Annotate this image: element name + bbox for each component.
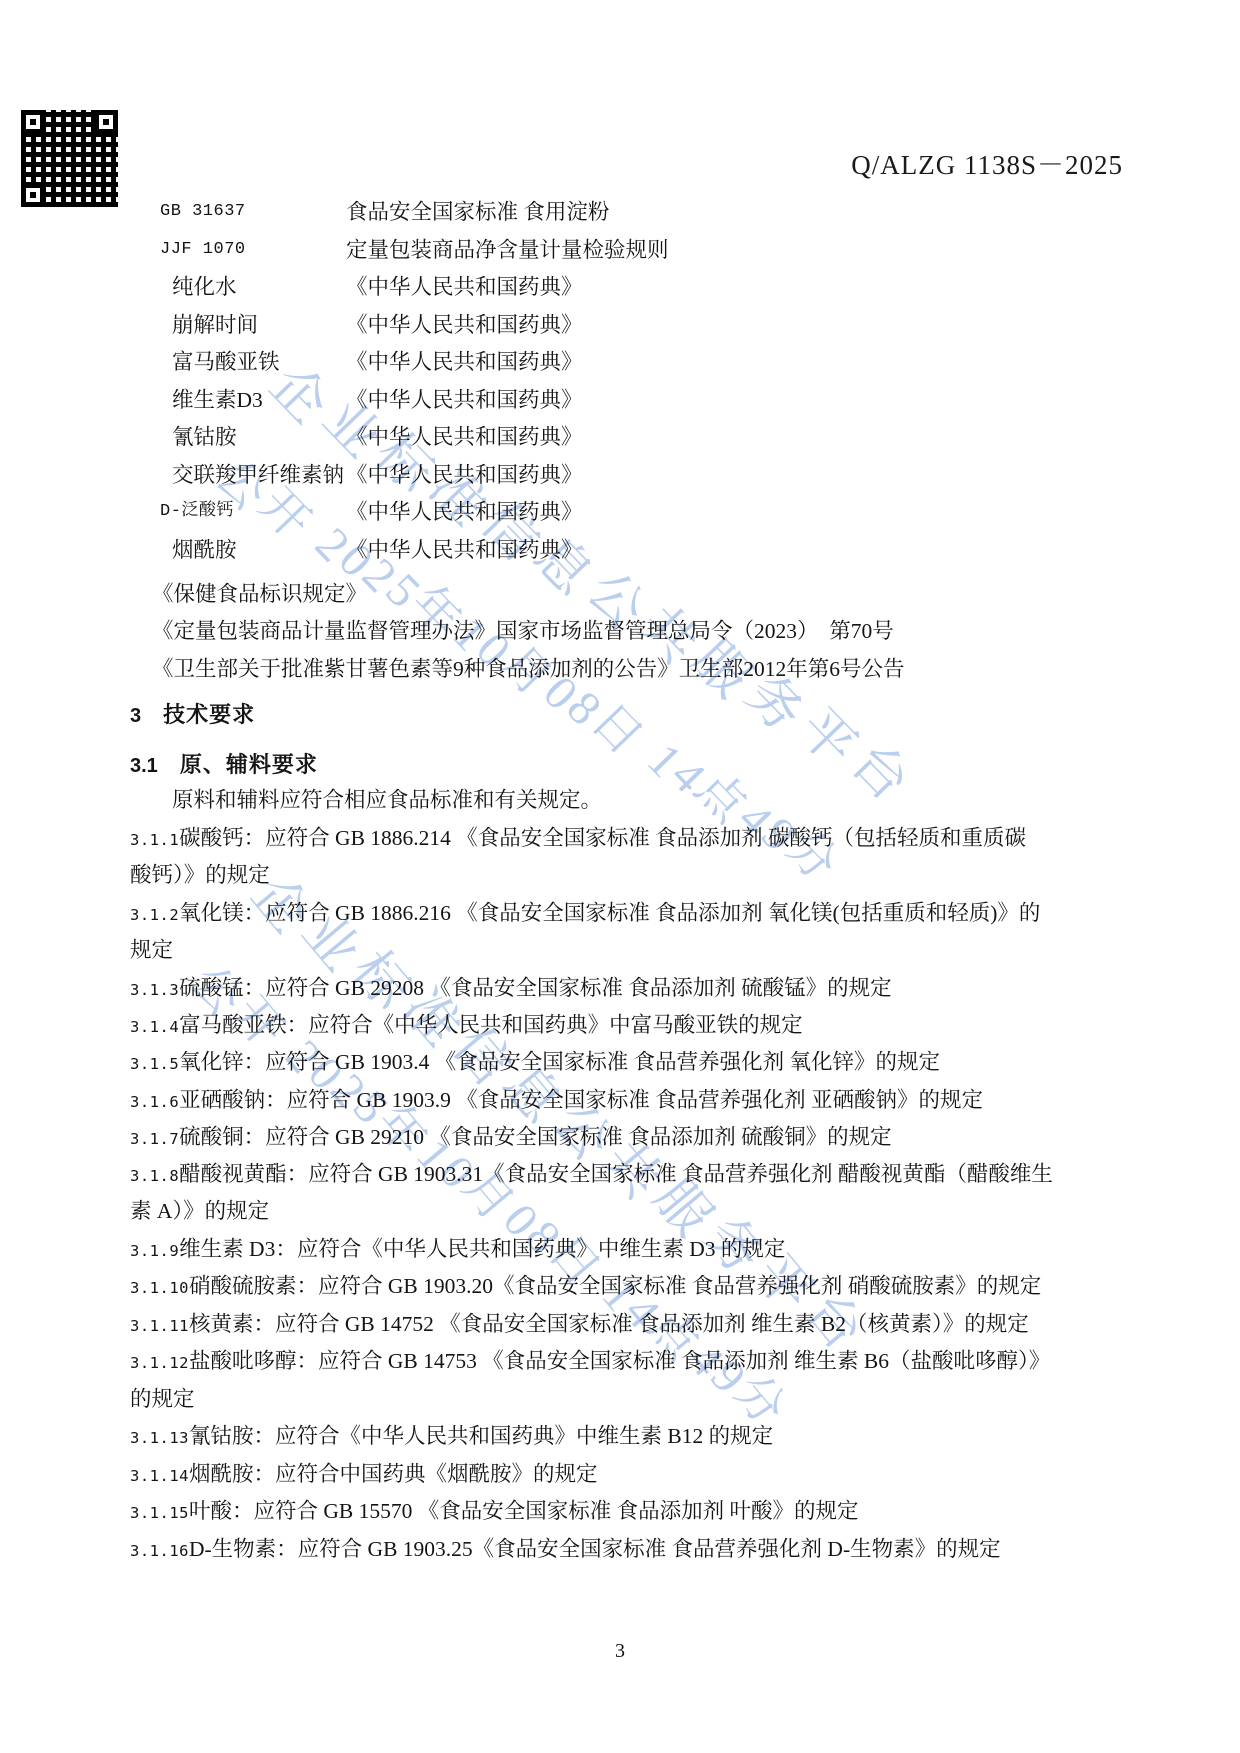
clause-text: D-生物素：应符合 GB 1903.25《食品安全国家标准 食品营养强化剂 D-… [189, 1537, 1001, 1561]
clause-text: 富马酸亚铁：应符合《中华人民共和国药典》中富马酸亚铁的规定 [179, 1013, 803, 1037]
clause-text: 醋酸视黄酯：应符合 GB 1903.31《食品安全国家标准 食品营养强化剂 醋酸… [179, 1162, 1053, 1186]
clause-line: 3.1.8醋酸视黄酯：应符合 GB 1903.31《食品安全国家标准 食品营养强… [130, 1160, 1053, 1190]
reference-code: D-泛酸钙 [160, 498, 234, 526]
clause-line: 3.1.15叶酸：应符合 GB 15570 《食品安全国家标准 食品添加剂 叶酸… [130, 1497, 859, 1527]
qr-finder-top-left [21, 110, 45, 134]
reference-code: 富马酸亚铁 [172, 348, 280, 376]
clause-number: 3.1.2 [130, 901, 179, 929]
clause-text: 硫酸铜：应符合 GB 29210 《食品安全国家标准 食品添加剂 硫酸铜》的规定 [179, 1125, 892, 1149]
clause-number: 3.1.14 [130, 1462, 189, 1490]
clause-text: 叶酸：应符合 GB 15570 《食品安全国家标准 食品添加剂 叶酸》的规定 [189, 1499, 859, 1523]
clause-text: 硝酸硫胺素：应符合 GB 1903.20《食品安全国家标准 食品营养强化剂 硝酸… [189, 1274, 1041, 1298]
qr-finder-bottom-left [21, 183, 45, 207]
clause-number: 3.1.9 [130, 1237, 179, 1265]
clause-text: 烟酰胺：应符合中国药典《烟酰胺》的规定 [189, 1462, 598, 1486]
citation-line: 《定量包装商品计量监督管理办法》国家市场监督管理总局令（2023） 第70号 [152, 617, 894, 645]
clause-line: 3.1.4富马酸亚铁：应符合《中华人民共和国药典》中富马酸亚铁的规定 [130, 1011, 803, 1041]
clause-line: 3.1.16D-生物素：应符合 GB 1903.25《食品安全国家标准 食品营养… [130, 1535, 1001, 1565]
clause-continuation-line: 素 A）》的规定 [130, 1197, 269, 1225]
clause-number: 3.1.7 [130, 1125, 179, 1153]
clause-number: 3.1.6 [130, 1088, 179, 1116]
reference-title: 《中华人民共和国药典》 [346, 536, 583, 564]
clause-number: 3.1.13 [130, 1424, 189, 1452]
doc-code-header: Q/ALZG 1138S－2025 [851, 143, 1123, 182]
reference-code: 纯化水 [172, 273, 237, 301]
clause-text: 氰钴胺：应符合《中华人民共和国药典》中维生素 B12 的规定 [189, 1424, 773, 1448]
reference-title: 《中华人民共和国药典》 [346, 348, 583, 376]
clause-line: 3.1.2氧化镁：应符合 GB 1886.216 《食品安全国家标准 食品添加剂… [130, 899, 1040, 929]
reference-title: 《中华人民共和国药典》 [346, 386, 583, 414]
clause-line: 3.1.13氰钴胺：应符合《中华人民共和国药典》中维生素 B12 的规定 [130, 1422, 773, 1452]
clause-line: 3.1.11核黄素：应符合 GB 14752 《食品安全国家标准 食品添加剂 维… [130, 1310, 1029, 1340]
section-3-1-number: 3.1 [130, 755, 158, 778]
reference-title: 《中华人民共和国药典》 [346, 498, 583, 526]
clause-text: 维生素 D3：应符合《中华人民共和国药典》中维生素 D3 的规定 [179, 1237, 785, 1261]
citation-line: 《卫生部关于批准紫甘薯色素等9种食品添加剂的公告》卫生部2012年第6号公告 [152, 655, 905, 683]
reference-title: 《中华人民共和国药典》 [346, 311, 583, 339]
reference-code: 崩解时间 [172, 311, 258, 339]
section-3-number: 3 [130, 705, 141, 728]
clause-line: 3.1.14烟酰胺：应符合中国药典《烟酰胺》的规定 [130, 1460, 598, 1490]
clause-continuation-line: 酸钙）》的规定 [130, 861, 270, 889]
section-3-1-title: 原、辅料要求 [180, 752, 318, 777]
clause-line: 3.1.3硫酸锰：应符合 GB 29208 《食品安全国家标准 食品添加剂 硫酸… [130, 974, 892, 1004]
reference-code: JJF 1070 [160, 236, 246, 264]
clause-text: 氧化锌：应符合 GB 1903.4 《食品安全国家标准 食品营养强化剂 氧化锌》… [179, 1050, 940, 1074]
clause-number: 3.1.5 [130, 1050, 179, 1078]
clause-line: 3.1.1碳酸钙：应符合 GB 1886.214 《食品安全国家标准 食品添加剂… [130, 824, 1026, 854]
reference-code: 交联羧甲纤维素钠 [172, 461, 344, 489]
clause-continuation-line: 的规定 [130, 1385, 195, 1413]
reference-title: 《中华人民共和国药典》 [346, 423, 583, 451]
clause-text: 硫酸锰：应符合 GB 29208 《食品安全国家标准 食品添加剂 硫酸锰》的规定 [179, 976, 892, 1000]
clause-number: 3.1.12 [130, 1349, 189, 1377]
clause-text: 的规定 [130, 1387, 195, 1411]
clause-line: 3.1.5氧化锌：应符合 GB 1903.4 《食品安全国家标准 食品营养强化剂… [130, 1048, 940, 1078]
reference-title: 《中华人民共和国药典》 [346, 461, 583, 489]
clause-line: 3.1.9维生素 D3：应符合《中华人民共和国药典》中维生素 D3 的规定 [130, 1235, 785, 1265]
qr-code-icon [21, 110, 118, 207]
clause-continuation-line: 规定 [130, 936, 173, 964]
clause-number: 3.1.1 [130, 826, 179, 854]
clause-number: 3.1.11 [130, 1312, 189, 1340]
clause-number: 3.1.15 [130, 1499, 189, 1527]
reference-code: 维生素D3 [172, 386, 263, 414]
citation-line: 《保健食品标识规定》 [152, 580, 367, 608]
clause-text: 亚硒酸钠：应符合 GB 1903.9 《食品安全国家标准 食品营养强化剂 亚硒酸… [179, 1088, 983, 1112]
reference-code: 烟酰胺 [172, 536, 237, 564]
reference-title: 食品安全国家标准 食用淀粉 [346, 198, 609, 226]
clause-text: 氧化镁：应符合 GB 1886.216 《食品安全国家标准 食品添加剂 氧化镁(… [179, 901, 1040, 925]
section-3-title: 技术要求 [163, 702, 255, 727]
reference-title: 《中华人民共和国药典》 [346, 273, 583, 301]
clause-text: 素 A）》的规定 [130, 1199, 269, 1223]
clause-text: 盐酸吡哆醇：应符合 GB 14753 《食品安全国家标准 食品添加剂 维生素 B… [189, 1349, 1050, 1373]
clause-number: 3.1.4 [130, 1013, 179, 1041]
reference-code: GB 31637 [160, 198, 246, 226]
clause-line: 3.1.10硝酸硫胺素：应符合 GB 1903.20《食品安全国家标准 食品营养… [130, 1272, 1041, 1302]
clause-text: 酸钙）》的规定 [130, 863, 270, 887]
reference-title: 定量包装商品净含量计量检验规则 [346, 236, 669, 264]
section-3-1-heading: 3.1原、辅料要求 [130, 748, 318, 779]
clause-text: 碳酸钙：应符合 GB 1886.214 《食品安全国家标准 食品添加剂 碳酸钙（… [179, 826, 1026, 850]
clause-number: 3.1.10 [130, 1274, 189, 1302]
qr-finder-top-right [94, 110, 118, 134]
clause-line: 3.1.6亚硒酸钠：应符合 GB 1903.9 《食品安全国家标准 食品营养强化… [130, 1086, 983, 1116]
clause-number: 3.1.3 [130, 976, 179, 1004]
clause-line: 3.1.12盐酸吡哆醇：应符合 GB 14753 《食品安全国家标准 食品添加剂… [130, 1347, 1050, 1377]
clause-number: 3.1.8 [130, 1162, 179, 1190]
clause-line: 3.1.7硫酸铜：应符合 GB 29210 《食品安全国家标准 食品添加剂 硫酸… [130, 1123, 892, 1153]
clause-text: 规定 [130, 938, 173, 962]
section-3-heading: 3技术要求 [130, 698, 255, 729]
section-3-1-intro: 原料和辅料应符合相应食品标准和有关规定。 [172, 786, 602, 814]
document-page: Q/ALZG 1138S－2025 企业标准信息公共服务平台公开 2025年10… [0, 0, 1240, 1753]
clause-number: 3.1.16 [130, 1537, 189, 1565]
page-number: 3 [0, 1640, 1240, 1663]
clause-text: 核黄素：应符合 GB 14752 《食品安全国家标准 食品添加剂 维生素 B2（… [189, 1312, 1029, 1336]
reference-code: 氰钴胺 [172, 423, 237, 451]
